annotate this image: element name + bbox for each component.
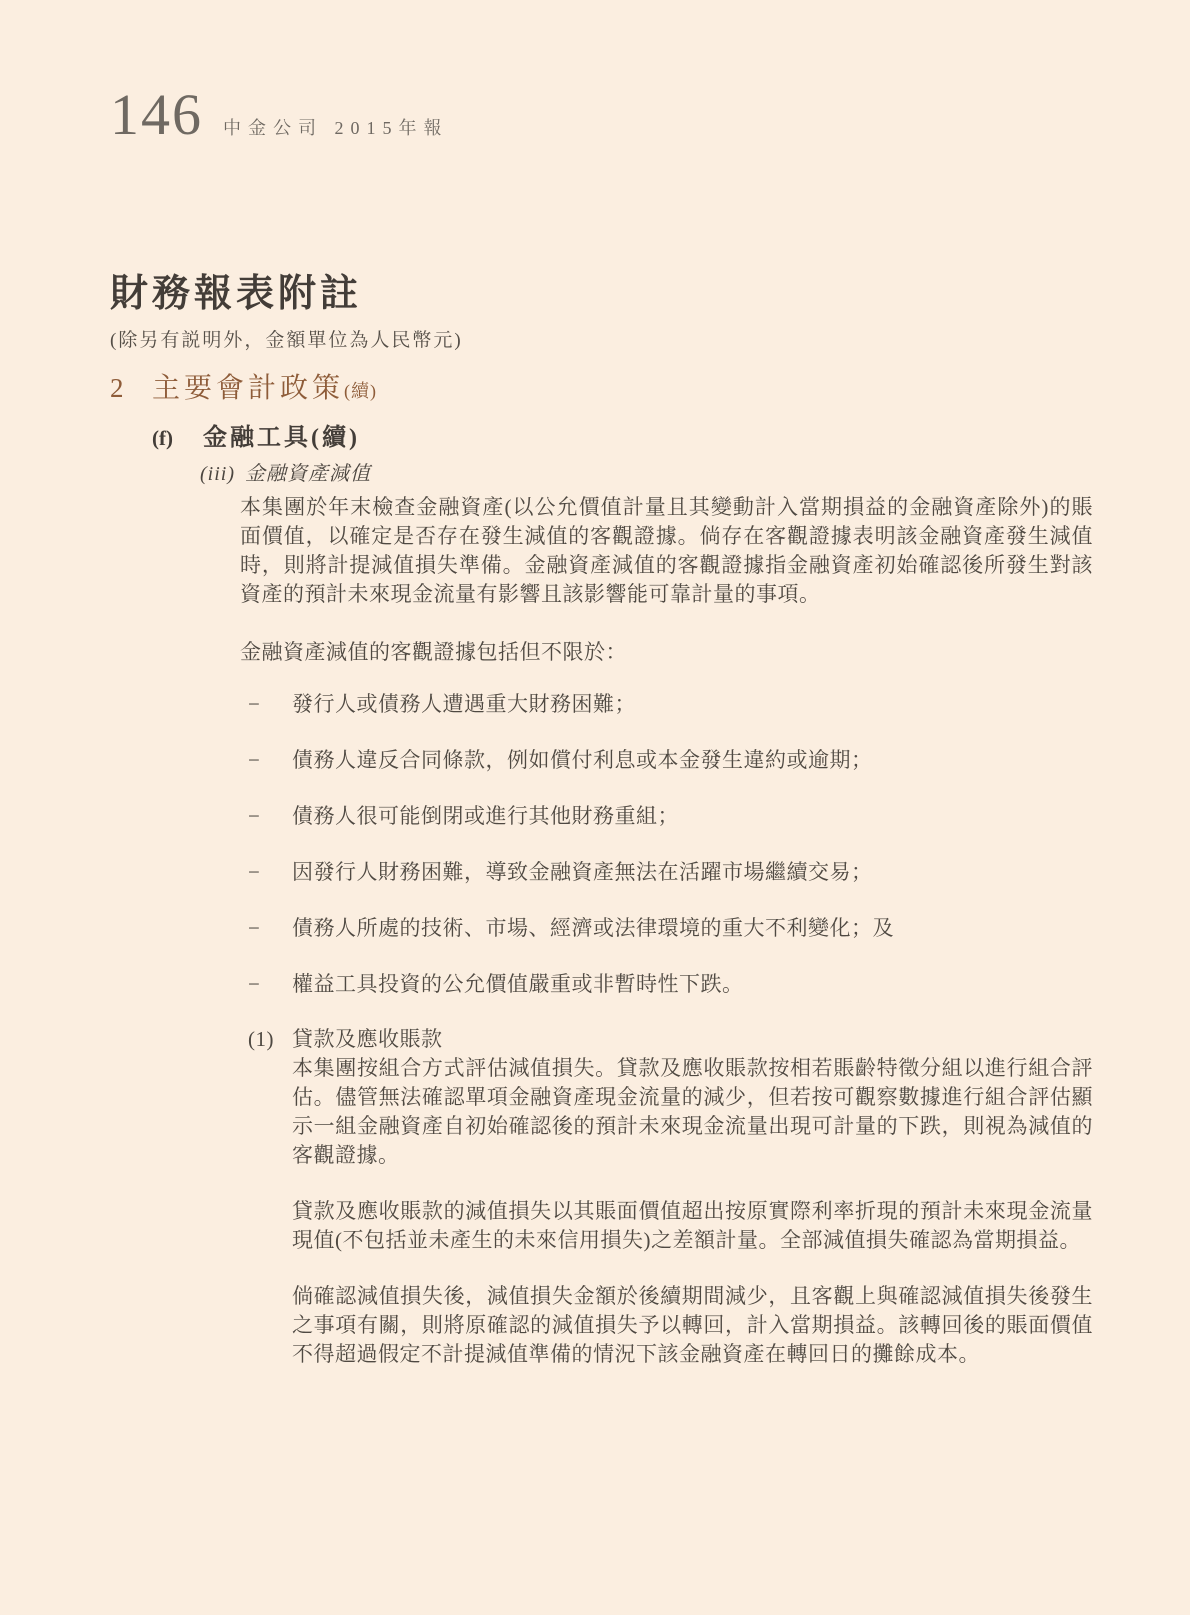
page-title: 財務報表附註 (110, 272, 463, 318)
paragraph-impairment-measurement: 貸款及應收賬款的減值損失以其賬面價值超出按原實際利率折現的預計未來現金流量現值(… (292, 1197, 1093, 1255)
subsection-iii-title: 金融資產減值 (245, 457, 371, 486)
list-item-text: 發行人或債務人遭遇重大財務困難； (292, 690, 1093, 719)
dash-marker: − (248, 858, 292, 887)
dash-marker: − (248, 746, 292, 775)
evidence-bullet-list: − 發行人或債務人遭遇重大財務困難； − 債務人違反合同條款，例如償付利息或本金… (240, 690, 1093, 999)
list-item-text: 因發行人財務困難，導致金融資產無法在活躍市場繼續交易； (292, 858, 1093, 887)
list-item-text: 權益工具投資的公允價值嚴重或非暫時性下跌。 (292, 970, 1093, 999)
numbered-item-content: 貸款及應收賬款 本集團按組合方式評估減值損失。貸款及應收賬款按相若賬齡特徵分組以… (292, 1025, 1093, 1369)
report-title: 中金公司 2015年報 (223, 114, 449, 140)
paragraph-collective-assessment: 本集團按組合方式評估減值損失。貸款及應收賬款按相若賬齡特徵分組以進行組合評估。儘… (292, 1054, 1093, 1170)
list-item: − 權益工具投資的公允價值嚴重或非暫時性下跌。 (240, 970, 1093, 999)
dash-marker: − (248, 802, 292, 831)
list-item-text: 債務人很可能倒閉或進行其他財務重組； (292, 802, 1093, 831)
list-item-text: 債務人所處的技術、市場、經濟或法律環境的重大不利變化；及 (292, 914, 1093, 943)
section-title: 主要會計政策 (152, 366, 344, 406)
dash-marker: − (248, 690, 292, 719)
subsection-f-label: (f) (152, 426, 203, 451)
dash-marker: − (248, 914, 292, 943)
body-content: 本集團於年末檢查金融資產(以公允價值計量且其變動計入當期損益的金融資產除外)的賬… (240, 493, 1093, 1369)
dash-marker: − (248, 970, 292, 999)
numbered-item-title: 貸款及應收賬款 (292, 1025, 1093, 1054)
document-page: 146 中金公司 2015年報 財務報表附註 (除另有説明外，金額單位為人民幣元… (0, 0, 1190, 1615)
paragraph-impairment-overview: 本集團於年末檢查金融資產(以公允價值計量且其變動計入當期損益的金融資產除外)的賬… (240, 493, 1093, 609)
list-item: − 債務人所處的技術、市場、經濟或法律環境的重大不利變化；及 (240, 914, 1093, 943)
list-item: − 因發行人財務困難，導致金融資產無法在活躍市場繼續交易； (240, 858, 1093, 887)
list-item: − 發行人或債務人遭遇重大財務困難； (240, 690, 1093, 719)
section-continued-suffix: (續) (344, 377, 377, 403)
numbered-item-label: (1) (248, 1025, 292, 1369)
title-block: 財務報表附註 (除另有説明外，金額單位為人民幣元) (110, 272, 463, 352)
subsection-f-heading: (f) 金融工具(續) (152, 417, 360, 452)
section-heading: 2 主要會計政策 (續) (110, 366, 377, 406)
subsection-iii-heading: (iii) 金融資產減值 (200, 457, 371, 486)
subsection-f-title: 金融工具(續) (203, 417, 360, 452)
list-item: − 債務人很可能倒閉或進行其他財務重組； (240, 802, 1093, 831)
list-item-text: 債務人違反合同條款，例如償付利息或本金發生違約或逾期； (292, 746, 1093, 775)
numbered-item-1: (1) 貸款及應收賬款 本集團按組合方式評估減值損失。貸款及應收賬款按相若賬齡特… (240, 1025, 1093, 1369)
list-item: − 債務人違反合同條款，例如償付利息或本金發生違約或逾期； (240, 746, 1093, 775)
paragraph-evidence-intro: 金融資產減值的客觀證據包括但不限於： (240, 638, 1093, 667)
page-number: 146 (110, 86, 203, 144)
page-subtitle: (除另有説明外，金額單位為人民幣元) (110, 325, 463, 352)
section-number: 2 (110, 373, 152, 404)
subsection-iii-label: (iii) (200, 463, 245, 486)
page-header: 146 中金公司 2015年報 (110, 86, 449, 144)
paragraph-impairment-reversal: 倘確認減值損失後，減值損失金額於後續期間減少，且客觀上與確認減值損失後發生之事項… (292, 1282, 1093, 1369)
